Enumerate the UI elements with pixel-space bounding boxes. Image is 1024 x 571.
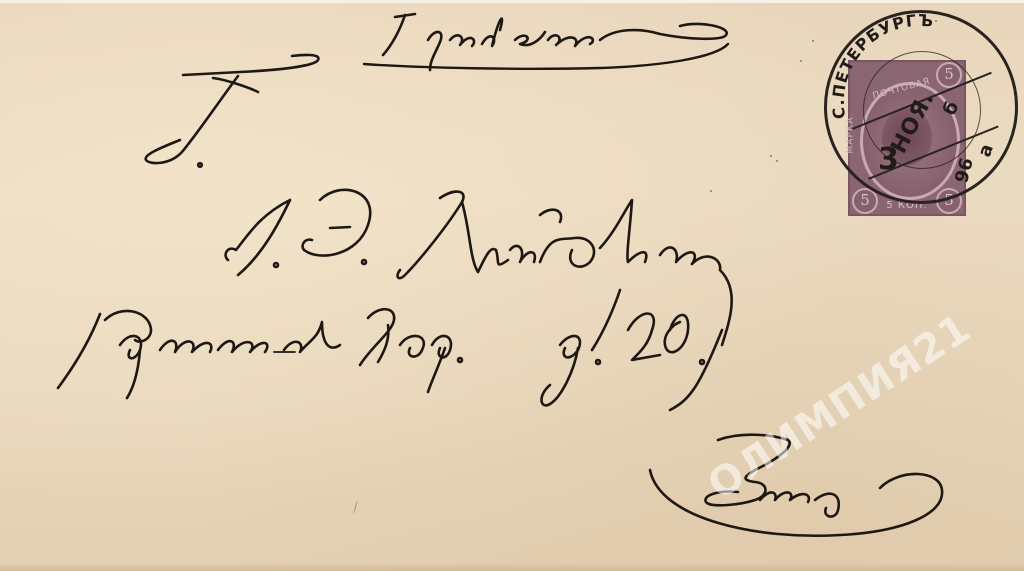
handwritten-address: Чернышев пер. д. 20. — [58, 300, 826, 379]
handwritten-salutation: Г. — [145, 60, 233, 165]
handwritten-heading: Городское — [380, 10, 622, 61]
handwritten-recipient: Л. Э. Лейбович — [222, 190, 734, 264]
envelope: ПОЧТОВАЯ МАРКА 5 5 5 5 КОП. С.ПЕТЕРБУРГЪ… — [0, 0, 1024, 571]
